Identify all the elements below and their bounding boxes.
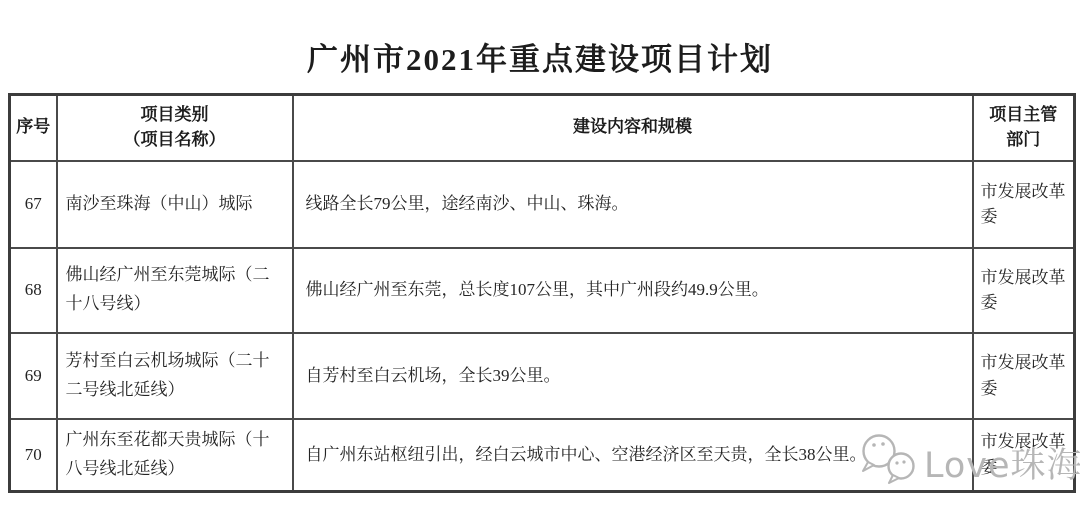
project-content: 自芳村至白云机场，全长39公里。 bbox=[293, 333, 973, 419]
project-name: 南沙至珠海（中山）城际 bbox=[57, 161, 293, 248]
project-department: 市发展改革委 bbox=[973, 419, 1075, 492]
row-number: 67 bbox=[10, 161, 57, 248]
project-department: 市发展改革委 bbox=[973, 248, 1075, 333]
project-department: 市发展改革委 bbox=[973, 161, 1075, 248]
row-number: 69 bbox=[10, 333, 57, 419]
row-number: 68 bbox=[10, 248, 57, 333]
project-plan-table: 序号 项目类别 （项目名称） 建设内容和规模 项目主管 部门 67 南沙至珠海（… bbox=[8, 93, 1076, 493]
table-row: 70 广州东至花都天贵城际（十八号线北延线） 自广州东站枢纽引出，经白云城市中心… bbox=[10, 419, 1075, 492]
project-content: 自广州东站枢纽引出，经白云城市中心、空港经济区至天贵，全长38公里。 bbox=[293, 419, 973, 492]
table-row: 69 芳村至白云机场城际（二十二号线北延线） 自芳村至白云机场，全长39公里。 … bbox=[10, 333, 1075, 419]
project-content: 佛山经广州至东莞，总长度107公里，其中广州段约49.9公里。 bbox=[293, 248, 973, 333]
table-row: 67 南沙至珠海（中山）城际 线路全长79公里，途经南沙、中山、珠海。 市发展改… bbox=[10, 161, 1075, 248]
header-no: 序号 bbox=[10, 95, 57, 161]
project-name: 芳村至白云机场城际（二十二号线北延线） bbox=[57, 333, 293, 419]
project-name: 广州东至花都天贵城际（十八号线北延线） bbox=[57, 419, 293, 492]
header-department: 项目主管 部门 bbox=[973, 95, 1075, 161]
table-header-row: 序号 项目类别 （项目名称） 建设内容和规模 项目主管 部门 bbox=[10, 95, 1075, 161]
row-number: 70 bbox=[10, 419, 57, 492]
project-name: 佛山经广州至东莞城际（二十八号线） bbox=[57, 248, 293, 333]
project-department: 市发展改革委 bbox=[973, 333, 1075, 419]
project-content: 线路全长79公里，途经南沙、中山、珠海。 bbox=[293, 161, 973, 248]
header-category: 项目类别 （项目名称） bbox=[57, 95, 293, 161]
table-row: 68 佛山经广州至东莞城际（二十八号线） 佛山经广州至东莞，总长度107公里，其… bbox=[10, 248, 1075, 333]
header-content: 建设内容和规模 bbox=[293, 95, 973, 161]
page-title: 广州市2021年重点建设项目计划 bbox=[0, 34, 1080, 79]
